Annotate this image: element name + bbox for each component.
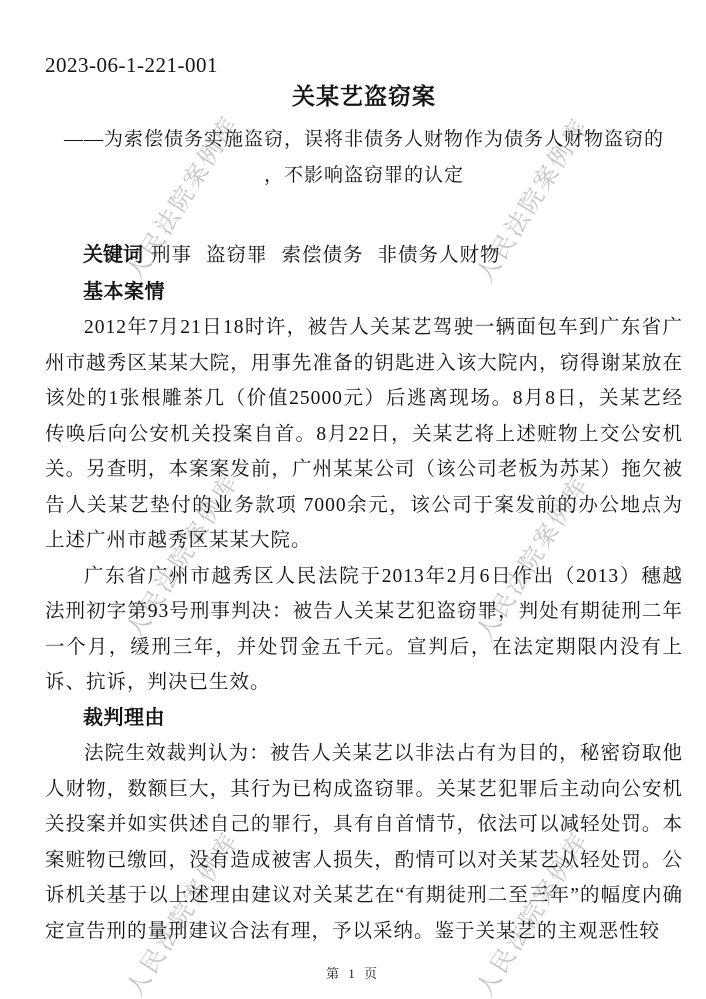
keyword-item: 盗窃罪 (206, 245, 268, 266)
document-content: 2023-06-1-221-001 关某艺盗窃案 ——为索偿债务实施盗窃，误将非… (0, 0, 706, 949)
section-heading-judgment-reasons: 裁判理由 (83, 701, 683, 737)
case-title: 关某艺盗窃案 (45, 84, 683, 110)
paragraph-facts-2: 广东省广州市越秀区人民法院于2013年2月6日作出（2013）穗越法刑初字第93… (45, 559, 683, 701)
page-footer: 第 1 页 (0, 963, 706, 982)
subtitle-line-1: ——为索偿债务实施盗窃，误将非债务人财物作为债务人财物盗窃的 (45, 122, 683, 158)
keyword-item: 索偿债务 (282, 245, 364, 266)
keywords-row: 关键词刑事盗窃罪索偿债务非债务人财物 (83, 238, 683, 275)
case-subtitle: ——为索偿债务实施盗窃，误将非债务人财物作为债务人财物盗窃的 ，不影响盗窃罪的认… (45, 122, 683, 194)
case-number: 2023-06-1-221-001 (45, 52, 683, 78)
section-heading-basic-facts: 基本案情 (83, 275, 683, 311)
document-page: 人民法院案例库 人民法院案例库 人民法院案例库 人民法院案例库 人民法院案例库 … (0, 0, 706, 999)
paragraph-reasons-1: 法院生效裁判认为：被告人关某艺以非法占有为目的，秘密窃取他人财物，数额巨大，其行… (45, 736, 683, 949)
keyword-item: 非债务人财物 (378, 245, 501, 266)
subtitle-line-2: ，不影响盗窃罪的认定 (45, 158, 683, 194)
keywords-label: 关键词 (83, 244, 143, 266)
keyword-item: 刑事 (151, 245, 192, 266)
paragraph-facts-1: 2012年7月21日18时许，被告人关某艺驾驶一辆面包车到广东省广州市越秀区某某… (45, 310, 683, 559)
